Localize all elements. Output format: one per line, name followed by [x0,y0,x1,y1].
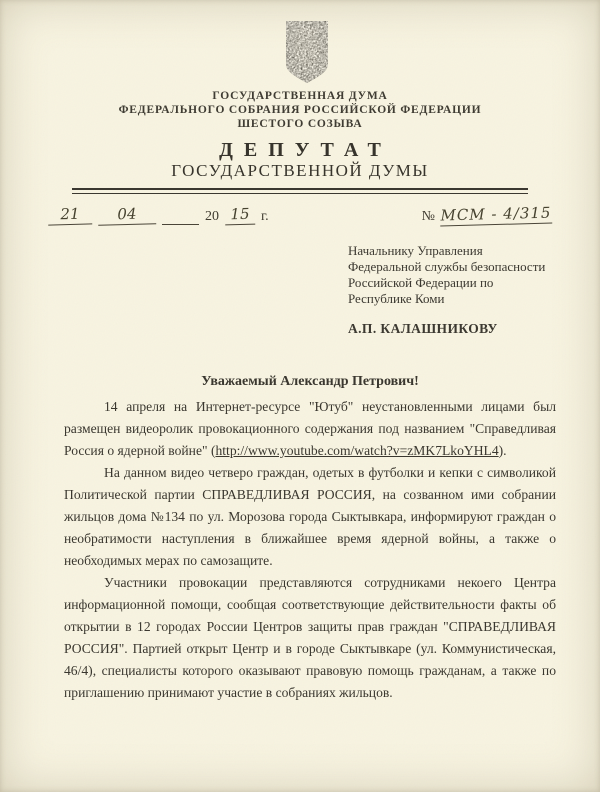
state-duma-emblem [283,19,331,85]
date-year-value: 15 [225,205,256,226]
document-number-field: № МСМ - 4/315 [422,205,552,225]
number-value: МСМ - 4/315 [440,204,552,227]
letterhead-title: ДЕПУТАТ ГОСУДАРСТВЕННОЙ ДУМЫ [0,139,600,180]
youtube-url: http://www.youtube.com/watch?v=zMK7LkoYH… [215,443,498,458]
document-page: ГОСУДАРСТВЕННАЯ ДУМА ФЕДЕРАЛЬНОГО СОБРАН… [0,0,600,792]
date-blank-line [162,223,199,225]
date-number-row: 21 04 20 15 г. № МСМ - 4/315 [48,201,552,225]
paragraph-3: Участники провокации представляются сотр… [64,572,556,704]
date-field: 21 04 20 15 г. [48,205,269,225]
addressee-line: Федеральной службы безопасности [348,259,545,275]
date-century: 20 [205,209,219,225]
addressee-block: Начальнику Управления Федеральной службы… [348,243,545,337]
letterhead-org: ГОСУДАРСТВЕННАЯ ДУМА ФЕДЕРАЛЬНОГО СОБРАН… [0,89,600,131]
addressee-line: Республике Коми [348,291,545,307]
addressee-name: А.П. КАЛАШНИКОВУ [348,321,545,337]
paragraph-1-end: ). [499,443,507,458]
deputy-subtitle: ГОСУДАРСТВЕННОЙ ДУМЫ [0,161,600,180]
paragraph-1: 14 апреля на Интернет-ресурсе "Ютуб" неу… [64,396,556,462]
number-label: № [422,209,435,225]
addressee-line: Начальнику Управления [348,243,545,259]
emblem-shield-icon [283,19,331,85]
org-line-2: ФЕДЕРАЛЬНОГО СОБРАНИЯ РОССИЙСКОЙ ФЕДЕРАЦ… [0,103,600,117]
date-day-value: 21 [48,204,93,225]
deputy-title: ДЕПУТАТ [0,139,600,161]
salutation: Уважаемый Александр Петрович! [64,371,556,393]
letter-body: Уважаемый Александр Петрович! 14 апреля … [64,371,556,704]
date-month-value: 04 [98,204,157,226]
date-year-suffix: г. [261,209,269,225]
org-line-1: ГОСУДАРСТВЕННАЯ ДУМА [0,89,600,103]
addressee-line: Российской Федерации по [348,275,545,291]
paragraph-2: На данном видео четверо граждан, одетых … [64,462,556,572]
org-line-3: ШЕСТОГО СОЗЫВА [0,117,600,131]
header-rule [72,188,528,194]
